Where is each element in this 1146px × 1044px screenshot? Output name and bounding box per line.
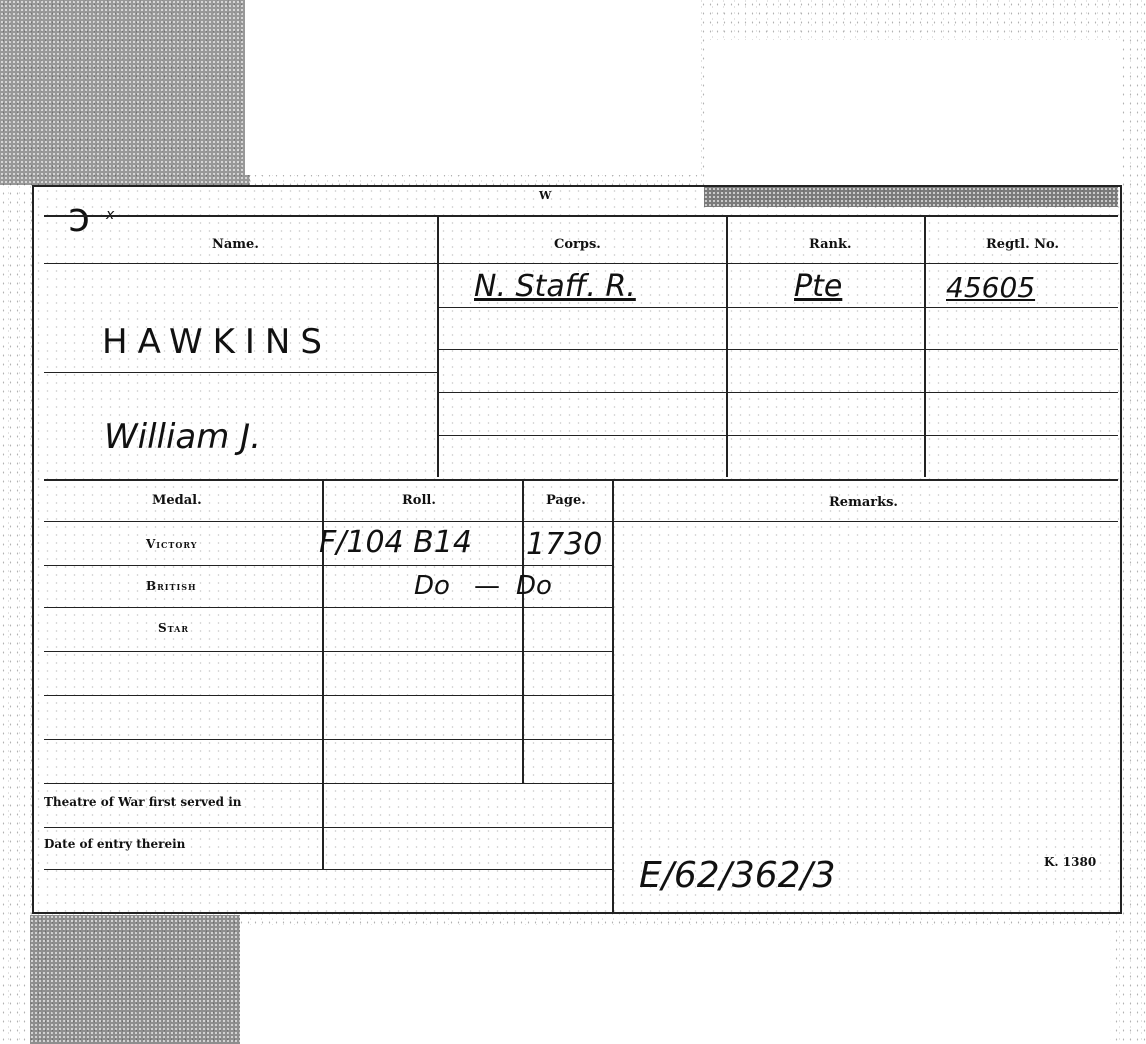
corner-mark: W — [539, 189, 551, 202]
rank-value: Pte — [794, 269, 842, 304]
surname: HAWKINS — [102, 322, 332, 362]
header-regtl-no: Regtl. No. — [986, 237, 1059, 252]
scan-shadow — [0, 0, 250, 185]
medal-victory: Victory — [146, 537, 197, 551]
page-victory: 1730 — [526, 527, 602, 562]
header-name: Name. — [212, 237, 259, 252]
roll-victory: F/104 B14 — [319, 525, 472, 560]
date-entry-label: Date of entry therein — [44, 837, 185, 851]
scan-blank-area — [245, 0, 700, 175]
scan-blank-area — [705, 40, 1120, 185]
theatre-label: Theatre of War first served in — [44, 795, 242, 809]
header-roll: Roll. — [402, 493, 436, 508]
scan-blank-area — [240, 925, 1110, 1044]
header-page: Page. — [546, 493, 586, 508]
forename: William J. — [104, 417, 261, 457]
roll-british: Do — [414, 571, 450, 601]
form-number: K. 1380 — [1044, 855, 1096, 869]
medal-star: Star — [158, 621, 189, 635]
regtl-no-value: 45605 — [946, 271, 1035, 304]
reference-number: E/62/362/3 — [639, 855, 836, 896]
header-corps: Corps. — [554, 237, 601, 252]
header-remarks: Remarks. — [829, 495, 898, 510]
ditto-dash: — — [474, 571, 500, 601]
page-british: Do — [516, 571, 552, 601]
medal-british: British — [146, 579, 197, 593]
header-medal: Medal. — [152, 493, 202, 508]
corps-value: N. Staff. R. — [474, 269, 636, 304]
medal-index-card: W ↄ x Name. Corps. Rank. Regtl. No. HAWK… — [32, 185, 1122, 914]
scan-shadow — [30, 915, 240, 1044]
check-mark: ↄ — [68, 195, 90, 241]
header-rank: Rank. — [809, 237, 852, 252]
